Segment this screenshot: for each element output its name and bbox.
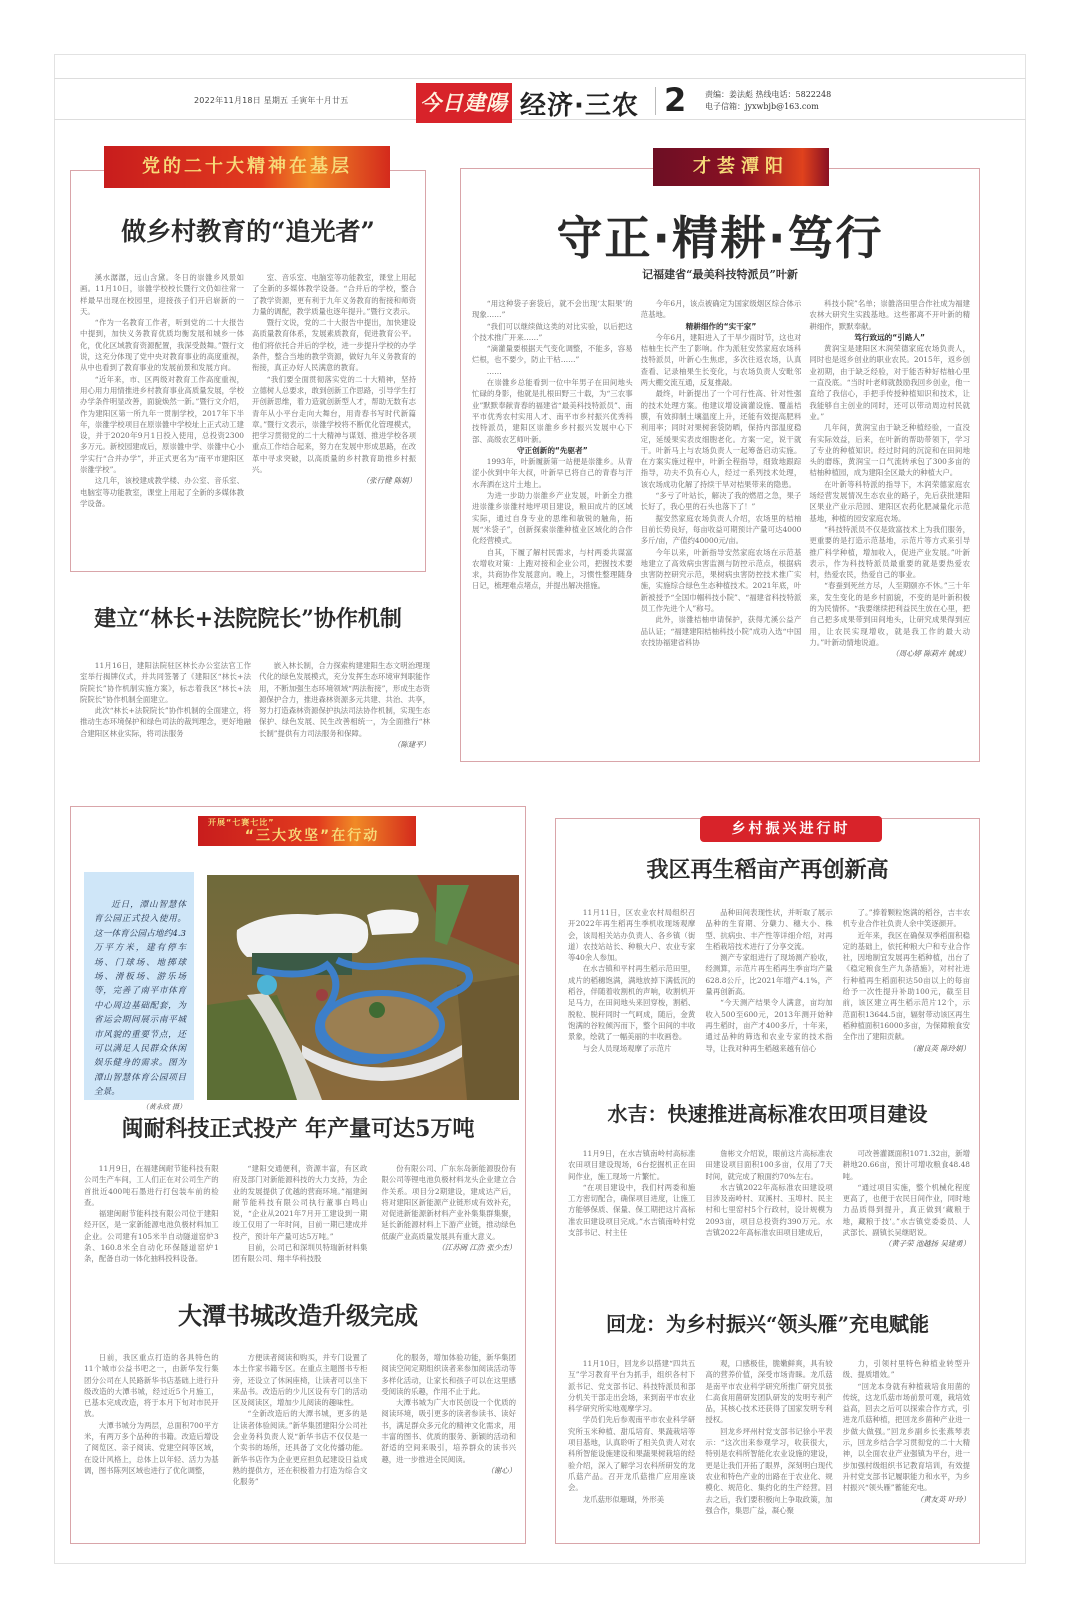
byline: （谢良英 陈玲娟）	[843, 1043, 970, 1054]
paragraph: “近年来，市、区两级对教育工作高度重视，用心用力用情推进乡村教育事业高质量发展，…	[80, 374, 244, 476]
education-article-body: 溪水潺潺，远山含黛。冬日的崇雒乡风景如画。11月10日，崇雒学校校长暨行文仍如往…	[80, 272, 416, 562]
editor-info: 责编：姜法彪 热线电话：5822248 电子信箱：jyxwbjb@163.com	[705, 89, 831, 113]
paragraph: 份有限公司、广东东岛新能源股份有限公司等锂电池负极材料龙头企业建立合作关系。项目…	[381, 1163, 516, 1242]
byline: （周心婷 陈莉卉 姚成）	[809, 648, 970, 659]
article-column: 方便读者阅读和购买，并专门设置了本土作家书籍专区。在重点主题图书专柜旁，还设立了…	[233, 1352, 368, 1534]
issue-date: 2022年11月18日 星期五 壬寅年十月廿五	[194, 95, 348, 106]
article-column: 今年6月，该点被确定为国家级烟区综合体示范基地。 精耕细作的“实干家” 今年6月…	[641, 298, 802, 753]
paragraph: 品种田间表现性状，并听取了展示品种的生育期、分蘖力、穗大小、株型、抗病虫、丰产性…	[705, 907, 832, 952]
paragraph: “建阳交通便利，资源丰富，有区政府及部门对新能源科技的大力支持，为企业的发展提供…	[233, 1163, 368, 1242]
paragraph: 嵌入林长制，合力探索构建建阳生态文明治理现代化的绿色发展模式，充分发挥生态环境审…	[259, 660, 430, 739]
paragraph: 龙爪菇形似珊瑚，外形美	[568, 1494, 695, 1505]
rice-article-body: 11月11日，区农业农村局组织召开2022年再生稻再生季机收现场观摩会，该局相关…	[568, 907, 970, 1079]
paragraph: 自其，下履了解村民需求，与村两委共谋富农增收对策：上跑对接和企业公司，把握技术要…	[472, 547, 633, 592]
paragraph: 1993年，叶新履新第一站便是崇雒乡。从青涩小伙到中年大叔，叶新早已将自己的青春…	[472, 456, 633, 490]
paragraph: “作为一名教育工作者，听到党的二十大报告中提到，加快义务教育优质均衡发展和城乡一…	[80, 317, 244, 373]
paragraph: 暨行文说，党的二十大报告中提出，加快建设高质量教育体系，发展素质教育，促进教育公…	[252, 317, 416, 373]
article-column: 科技小院”名单；崇雒洛田里合作社成为福建农林大研究生实践基地。这些都离不开叶新的…	[809, 298, 970, 753]
byline: （黄子荣 池越扬 吴建勇）	[843, 1238, 970, 1249]
paragraph: 今年以来，叶新指导安然家庭农场在示范基地建立了高效病虫害监测与防控示范点，根据病…	[641, 547, 802, 615]
paragraph: 今年6月，建阳进入了干旱少雨时节，这也对桔柚生长产生了影响。作为派驻安然家庭农场…	[641, 332, 802, 388]
headline-huilong: 回龙：为乡村振兴“领头雁”充电赋能	[555, 1308, 980, 1337]
section-tag-campaign: 开展“七赛七比” “三大攻坚”在行动	[198, 816, 416, 846]
paragraph: 为进一步助力崇雒乡产业发展，叶新全力推进崇雒乡崇雒村地坪项目建设，粮田成片的区域…	[472, 490, 633, 546]
paragraph: 可改善灌溉面积1071.32亩，新增耕地20.66亩，预计可增收粮食48.48吨…	[843, 1148, 970, 1182]
article-column: 化的服务，增加体验功能，新华集团阅读空间定期组织读者来参加阅读活动等多样化活动，…	[381, 1352, 516, 1534]
paragraph: “全新改造后的大潭书城，更多的是让读者体验阅读。”新华集团建阳分公司社会业务科负…	[233, 1408, 368, 1487]
paragraph: 科技小院”名单；崇雒洛田里合作社成为福建农林大研究生实践基地。这些都离不开叶新的…	[809, 298, 970, 332]
section-tag-party-congress: 党的二十大精神在基层	[104, 146, 390, 188]
section-tag-talent: 才荟潭阳	[653, 148, 829, 186]
headline-shuiji-farmland: 水吉：快速推进高标准农田项目建设	[555, 1098, 980, 1127]
paragraph: 测产专家组进行了现场测产验收，经测算，示范片再生稻再生季亩均产量628.8公斤，…	[705, 952, 832, 997]
paragraph: ……	[472, 366, 633, 377]
article-column: 11月11日，区农业农村局组织召开2022年再生稻再生季机收现场观摩会，该局相关…	[568, 907, 695, 1079]
paragraph: “我们要全面贯彻落实党的二十大精神，坚持立德树人总要求，敢到创新工作思路，引导学…	[252, 374, 416, 476]
paragraph: 日前，我区重点打造的各具特色的11个城市公益书吧之一，由新华发行集团分公司在人民…	[84, 1352, 219, 1420]
article-column: “建阳交通便利，资源丰富，有区政府及部门对新能源科技的大力支持，为企业的发展提供…	[233, 1163, 368, 1285]
article-column: 溪水潺潺，远山含黛。冬日的崇雒乡风景如画。11月10日，崇雒学校校长暨行文仍如往…	[80, 272, 244, 562]
article-column: “用这种袋子套袋后，就不会出现‘太阳果’的现象……” “我们可以继续做这类的对比…	[472, 298, 633, 753]
paragraph: 溪水潺潺，远山含黛。冬日的崇雒乡风景如画。11月10日，崇雒学校校长暨行文仍如往…	[80, 272, 244, 317]
paragraph: 福建闽耐节能科技有限公司位于建阳经开区，是一家新能源电池负极材料加工企业。公司建…	[84, 1208, 219, 1264]
article-column: 11月16日，建阳法院驻区林长办公室法官工作室举行揭牌仪式，并共同签署了《建阳区…	[80, 660, 251, 765]
paragraph: 回龙乡坪州村党支部书记徐小平表示：“这次出来参观学习，收获很大，特别是农科所智能…	[705, 1426, 832, 1516]
article-column: 品种田间表现性状，并听取了展示品种的生育期、分蘖力、穗大小、株型、抗病虫、丰产性…	[705, 907, 832, 1079]
paragraph: “在项目建设中，我们村两委和施工方密切配合，确保项目进度，让施工方能够保质、保量…	[568, 1182, 695, 1238]
paragraph: 最终，叶新提出了一个可行性高、针对性强的技术处理方案。他建议增设滴灌设施、覆盖桔…	[641, 388, 802, 490]
article-column: 可改善灌溉面积1071.32亩，新增耕地20.66亩，预计可增收粮食48.48吨…	[843, 1148, 970, 1274]
photo-caption-box: 近日，潭山智慧体育公园正式投入使用。这一体育公园占地约4.3万平方米，建有停车场…	[84, 872, 194, 1100]
paragraph: 在崇雒乡总能看到一位中年男子在田间地头忙碌的身影，他就是扎根田野三十载，为“三农…	[472, 377, 633, 445]
article-column: 嵌入林长制，合力探索构建建阳生态文明治理现代化的绿色发展模式，充分发挥生态环境审…	[259, 660, 430, 765]
editor-line: 责编：姜法彪 热线电话：5822248	[705, 89, 831, 101]
byline: （谢心）	[381, 1465, 516, 1476]
sports-park-photo	[207, 875, 519, 1100]
article-column: 观，口感极佳，脆嫩鲜爽，具有较高的营养价值，深受市场青睐。龙爪菇是南平市农业科学…	[705, 1358, 832, 1536]
article-column: 11月9日，在福建闽耐节能科技有限公司生产车间，工人们正在对公司生产的首批近40…	[84, 1163, 219, 1285]
headline-minnai: 闽耐科技正式投产 年产量可达5万吨	[70, 1112, 526, 1143]
article-column: 日前，我区重点打造的各具特色的11个城市公益书吧之一，由新华发行集团分公司在人民…	[84, 1352, 219, 1534]
paragraph: 观，口感极佳，脆嫩鲜爽，具有较高的营养价值，深受市场青睐。龙爪菇是南平市农业科学…	[705, 1358, 832, 1426]
article-column: 11月9日，在水吉镇南岭村高标准农田项目建设现场，6台挖掘机正在田间作业，施工现…	[568, 1148, 695, 1274]
masthead: 2022年11月18日 星期五 壬寅年十月廿五 今日建陽 经济·三农 2 责编：…	[54, 78, 1026, 120]
photo-caption: 近日，潭山智慧体育公园正式投入使用。这一体育公园占地约4.3万平方米，建有停车场…	[94, 898, 186, 1100]
article-column: 室、音乐室、电脑室等功能教室，课堂上用起了全新的多媒体教学设备。“合并后的学校，…	[252, 272, 416, 562]
tag-line-1: 开展“七赛七比”	[208, 818, 416, 828]
aerial-park-image	[207, 875, 519, 1100]
minnai-article-body: 11月9日，在福建闽耐节能科技有限公司生产车间，工人们正在对公司生产的首批近40…	[84, 1163, 516, 1285]
paragraph: 方便读者阅读和购买，并专门设置了本土作家书籍专区。在重点主题图书专柜旁，还设立了…	[233, 1352, 368, 1408]
headline-forest-chief: 建立“林长+法院院长”协作机制	[70, 602, 426, 633]
section-title: 经济·三农	[520, 85, 639, 122]
article-column: 詹彬文介绍说，眼前这片高标准农田建设项目面积100多亩，仅用了7天时间，就完成了…	[705, 1148, 832, 1274]
byline: （江苏闽 江浩 张少杰）	[381, 1242, 516, 1253]
paragraph: 学员们先后参观南平市农业科学研究所玉米种植、甜瓜培育、果蔬栽培等项目基地，认真聆…	[568, 1414, 695, 1493]
paragraph: 黄润宝是建阳区木润荣德家庭农场负责人，同时也是返乡创业的职业农民。2015年，返…	[809, 343, 970, 422]
paragraph: 11月9日，在福建闽耐节能科技有限公司生产车间，工人们正在对公司生产的首批近40…	[84, 1163, 219, 1208]
byline: （陈建平）	[259, 739, 430, 750]
paragraph: 目前，公司已和深圳贝特瑞新材料集团有限公司、翔丰华科技股	[233, 1242, 368, 1265]
paragraph: 11月11日，区农业农村局组织召开2022年再生稻再生季机收现场观摩会，该局相关…	[568, 907, 695, 963]
subtitle-talent: 记福建省“最美科技特派员”叶新	[460, 266, 980, 282]
paragraph: “滴灌量要根据天气变化调整，不能多，容易烂根，也不要少，防止干枯……”	[472, 343, 633, 366]
paragraph: “我们可以继续做这类的对比实验，以后把这个技术推广开来……”	[472, 321, 633, 344]
tag-line-2: “三大攻坚”在行动	[208, 828, 416, 844]
article-column: 份有限公司、广东东岛新能源股份有限公司等锂电池负极材料龙头企业建立合作关系。项目…	[381, 1163, 516, 1285]
subheading-pioneer: 守正创新的“先驱者”	[472, 445, 633, 456]
paragraph: “科技特派员不仅是致富技术上为我们服务，更重要的是打造示范基地，示范片等方式来引…	[809, 524, 970, 580]
paragraph: “今天测产结果令人满意，亩均加收入500至600元，2013年测开始种再生稻时，…	[705, 997, 832, 1053]
paragraph: 此次“林长+法院院长”协作机制的全面建立，将推动生态环境保护和绿色司法的裁判理念…	[80, 705, 251, 739]
paragraph: 与会人员现场观摩了示范片	[568, 1043, 695, 1054]
paragraph: 化的服务，增加体验功能，新华集团阅读空间定期组织读者来参加阅读活动等多样化活动，…	[381, 1352, 516, 1397]
paragraph: 近年来，我区在确保双季稻面积稳定的基础上，依托种粮大户和专业合作社，因地制宜发展…	[843, 930, 970, 1043]
paragraph: 11月10日，回龙乡以搭建“四共五互”学习教育平台为抓手，组织各村下派书记、党支…	[568, 1358, 695, 1414]
paragraph: 11月9日，在水吉镇南岭村高标准农田项目建设现场，6台挖掘机正在田间作业，施工现…	[568, 1148, 695, 1182]
paragraph: 今年6月，该点被确定为国家级烟区综合体示范基地。	[641, 298, 802, 321]
headline-book-city: 大潭书城改造升级完成	[70, 1296, 526, 1331]
paragraph: 詹彬文介绍说，眼前这片高标准农田建设项目面积100多亩，仅用了7天时间，就完成了…	[705, 1148, 832, 1182]
paragraph: “多亏了叶站长，解决了我的燃眉之急，果子长好了，我心里的石头也落下了！”	[641, 490, 802, 513]
masthead-divider	[655, 87, 656, 115]
paragraph: 了。”捧着颗粒饱满的稻谷，吉丰农机专业合作社负责人余中笑逐颜开。	[843, 907, 970, 930]
newspaper-logo: 今日建陽	[416, 83, 512, 123]
paragraph: 大潭书城分为两层，总面积700平方米，有两万多个品种的书籍。改造后增设了阅览区、…	[84, 1420, 219, 1476]
paragraph: 据安然家庭农场负责人介绍，农场里的桔柚目前长势良好，每亩收益可期预计产量可达40…	[641, 513, 802, 547]
paragraph: “用这种袋子套袋后，就不会出现‘太阳果’的现象……”	[472, 298, 633, 321]
talent-article-body: “用这种袋子套袋后，就不会出现‘太阳果’的现象……” “我们可以继续做这类的对比…	[472, 298, 970, 753]
article-column: 了。”捧着颗粒饱满的稻谷，吉丰农机专业合作社负责人余中笑逐颜开。 近年来，我区在…	[843, 907, 970, 1079]
subheading-guide: 笃行致远的“引路人”	[809, 332, 970, 343]
page-number: 2	[664, 81, 686, 119]
paragraph: 室、音乐室、电脑室等功能教室，课堂上用起了全新的多媒体教学设备。“合并后的学校，…	[252, 272, 416, 317]
forest-article-body: 11月16日，建阳法院驻区林长办公室法官工作室举行揭牌仪式，并共同签署了《建阳区…	[80, 660, 430, 765]
subheading-doer: 精耕细作的“实干家”	[641, 321, 802, 332]
shuiji-article-body: 11月9日，在水吉镇南岭村高标准农田项目建设现场，6台挖掘机正在田间作业，施工现…	[568, 1148, 970, 1274]
paragraph: “回龙本身就有种植栽培食用菌的传统，这龙爪菇市场前景可观，栽培效益高，回去之后可…	[843, 1381, 970, 1494]
article-column: 力，引领村里特色种植业转型升级、提质增效。” “回龙本身就有种植栽培食用菌的传统…	[843, 1358, 970, 1536]
headline-talent: 守正·精耕·笃行	[460, 202, 980, 268]
paragraph: “春蚕到死丝方尽，人至期颐亦不休。”三十年来，发生变化的是乡村面貌，不变的是叶新…	[809, 580, 970, 648]
headline-rural-education: 做乡村教育的“追光者”	[70, 212, 426, 248]
paragraph: 11月16日，建阳法院驻区林长办公室法官工作室举行揭牌仪式，并共同签署了《建阳区…	[80, 660, 251, 705]
paragraph: 大潭书城为广大市民创设一个优质的阅读环境，吸引更多的读者参读书、读好书，满足群众…	[381, 1397, 516, 1465]
article-column: 11月10日，回龙乡以搭建“四共五互”学习教育平台为抓手，组织各村下派书记、党支…	[568, 1358, 695, 1536]
paragraph: “通过项目实施，整个机械化程度更高了，也便于农民日间作业，同时地力品质得到提升，…	[843, 1182, 970, 1238]
bookcity-article-body: 日前，我区重点打造的各具特色的11个城市公益书吧之一，由新华发行集团分公司在人民…	[84, 1352, 516, 1534]
paragraph: 这几年，该校建成教学楼、办公室、音乐室、电脑室等功能教室，课堂上用起了全新的多媒…	[80, 475, 244, 509]
byline: （黄友英 叶玲）	[843, 1494, 970, 1505]
email-line: 电子信箱：jyxwbjb@163.com	[705, 101, 831, 113]
paragraph: 几年间，黄润宝由于缺乏种植经验，一直没有实际效益，后来，在叶新的帮助带领下，学习…	[809, 422, 970, 478]
headline-ratoon-rice: 我区再生稻亩产再创新高	[555, 853, 980, 884]
paragraph: 此外，崇雒桔柚申请保护，获得尤溪公益产品认证；“福建建阳桔柚科技小院”成功入选“…	[641, 614, 802, 648]
huilong-article-body: 11月10日，回龙乡以搭建“四共五互”学习教育平台为抓手，组织各村下派书记、党支…	[568, 1358, 970, 1536]
byline: （张行健 陈娟）	[252, 475, 416, 486]
paragraph: 在水吉镇和平村再生稻示范田里，成片的稻穗饱满，满地放掉下满低沉的稻谷，伴随着收割…	[568, 963, 695, 1042]
paragraph: 力，引领村里特色种植业转型升级、提质增效。”	[843, 1358, 970, 1381]
paragraph: 水吉镇2022年高标准农田建设项目涉及南岭村、双溪村、玉埠村、民主村和七里窑村5…	[705, 1182, 832, 1238]
section-tag-rural-revival: 乡村振兴进行时	[700, 816, 882, 842]
paragraph: 在叶新等科特派的指导下，木润荣德家庭农场经营发展情况生态农业的路子，先后获批建阳…	[809, 479, 970, 524]
